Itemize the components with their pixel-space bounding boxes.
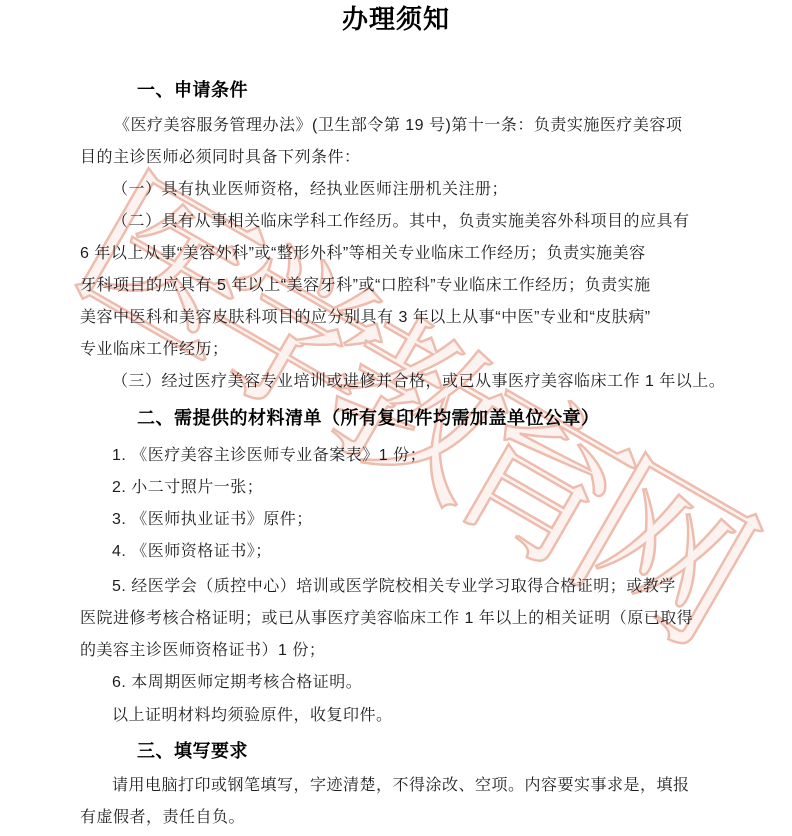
note-verify-originals: 以上证明材料均须验原件，收复印件。	[112, 707, 393, 725]
condition-item-2-line-1: （二）具有从事相关临床学科工作经历。其中，负责实施美容外科项目的应具有	[112, 213, 690, 231]
material-item-6: 6. 本周期医师定期考核合格证明。	[112, 674, 362, 692]
condition-item-1: （一）具有执业医师资格，经执业医师注册机关注册；	[112, 181, 508, 199]
material-item-4: 4. 《医师资格证书》；	[112, 543, 272, 561]
material-item-1: 1. 《医疗美容主诊医师专业备案表》1 份；	[112, 447, 426, 465]
condition-item-2-line-3: 牙科项目的应具有 5 年以上“美容牙科”或“口腔科”专业临床工作经历；负责实施	[80, 277, 651, 295]
heading-section-3-filling-requirements: 三、填写要求	[137, 741, 248, 761]
condition-item-2-line-2: 6 年以上从事“美容外科”或“整形外科”等相关专业临床工作经历；负责实施美容	[80, 245, 646, 263]
page-title: 办理须知	[0, 3, 792, 35]
material-item-3: 3. 《医师执业证书》原件；	[112, 511, 313, 529]
material-item-5-line-3: 的美容主诊医师资格证书）1 份；	[80, 642, 325, 660]
material-item-2: 2. 小二寸照片一张；	[112, 479, 263, 497]
heading-section-2-materials-list: 二、需提供的材料清单（所有复印件均需加盖单位公章）	[137, 408, 600, 428]
material-item-5-line-2: 医院进修考核合格证明；或已从事医疗美容临床工作 1 年以上的相关证明（原已取得	[80, 610, 693, 628]
document-page: 医学教育网 办理须知 一、申请条件 《医疗美容服务管理办法》(卫生部令第 19 …	[0, 0, 792, 836]
para-regulation-line-2: 目的主诊医师必须同时具备下列条件：	[80, 149, 361, 167]
condition-item-3: （三）经过医疗美容专业培训或进修并合格，或已从事医疗美容临床工作 1 年以上。	[112, 373, 725, 391]
condition-item-2-line-5: 专业临床工作经历；	[80, 341, 229, 359]
condition-item-2-line-4: 美容中医科和美容皮肤科项目的应分别具有 3 年以上从事“中医”专业和“皮肤病”	[80, 309, 651, 327]
para-filling-requirements-line-1: 请用电脑打印或钢笔填写，字迹清楚，不得涂改、空项。内容要实事求是，填报	[112, 777, 690, 795]
para-regulation-line-1: 《医疗美容服务管理办法》(卫生部令第 19 号)第十一条：负责实施医疗美容项	[114, 117, 682, 135]
material-item-5-line-1: 5. 经医学会（质控中心）培训或医学院校相关专业学习取得合格证明；或教学	[112, 578, 676, 596]
heading-section-1-application-conditions: 一、申请条件	[137, 80, 248, 100]
para-filling-requirements-line-2: 有虚假者，责任自负。	[80, 809, 245, 827]
